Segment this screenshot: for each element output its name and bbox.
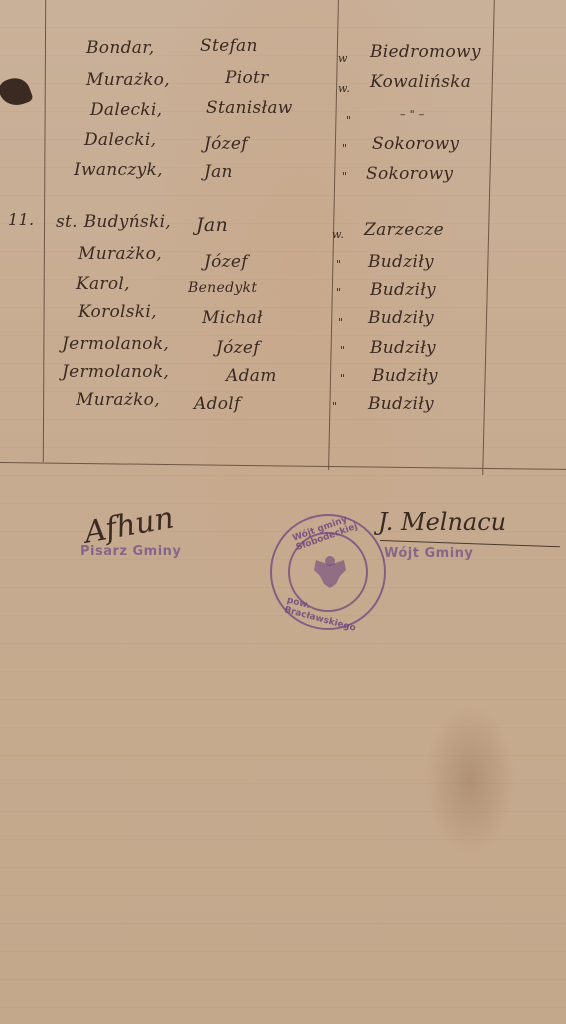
clerk-stamp-label: Pisarz Gminy [80,544,181,559]
given-name: Michał [202,308,263,328]
given-name: Adolf [194,394,241,414]
surname: Murażko, [86,70,170,90]
place-prefix: w [338,52,348,65]
place-prefix: " [336,258,341,271]
given-name: Józef [216,338,260,358]
place: Sokorowy [366,164,453,184]
place: Biedromowy [370,42,481,62]
place: Budziły [368,394,434,414]
place: Budziły [370,338,436,358]
given-name: Jan [196,214,228,236]
surname: st. Budyński, [56,212,171,232]
place: Budziły [370,280,436,300]
place-prefix: " [336,286,341,299]
surname: Dalecki, [84,130,156,150]
place: Kowalińska [370,72,471,92]
surname: Murażko, [76,390,160,410]
given-name: Stanisław [206,98,293,118]
place: Budziły [368,252,434,272]
place: Budziły [372,366,438,386]
place: Sokorowy [372,134,459,154]
place-prefix: " [340,344,345,357]
surname: Dalecki, [90,100,162,120]
place-prefix: " [332,400,337,413]
place-prefix: w. [338,82,350,95]
place: Budziły [368,308,434,328]
eagle-emblem-icon [310,552,350,592]
surname: Bondar, [86,38,154,58]
place-prefix: " [340,372,345,385]
mayor-stamp-label: Wójt Gminy [384,546,473,561]
place: Zarzecze [364,220,444,240]
surname: Korolski, [78,302,157,322]
surname: Iwanczyk, [74,160,163,180]
given-name: Jan [204,162,233,182]
place-prefix: " [338,316,343,329]
given-name: Benedykt [188,280,257,296]
place-prefix: " [342,170,347,183]
given-name: Józef [204,252,248,272]
mayor-signature: J. Melnacu [378,508,506,536]
place-prefix: " [342,142,347,155]
place-prefix: " [346,114,351,127]
place-prefix: w. [332,228,344,241]
given-name: Józef [204,134,248,154]
given-name: Piotr [225,68,269,88]
surname: Jermolanok, [62,362,169,382]
entry-number: 11. [8,210,34,229]
given-name: Stefan [200,36,258,56]
surname: Karol, [76,274,130,294]
document-page: Bondar, Stefan w Biedromowy Murażko, Pio… [0,0,566,1024]
given-name: Adam [226,366,277,386]
place: – " – [400,108,425,121]
surname: Murażko, [78,244,162,264]
surname: Jermolanok, [62,334,169,354]
official-seal: Wójt gminy Słobodeckiej pow. Bracławskie… [270,514,386,630]
